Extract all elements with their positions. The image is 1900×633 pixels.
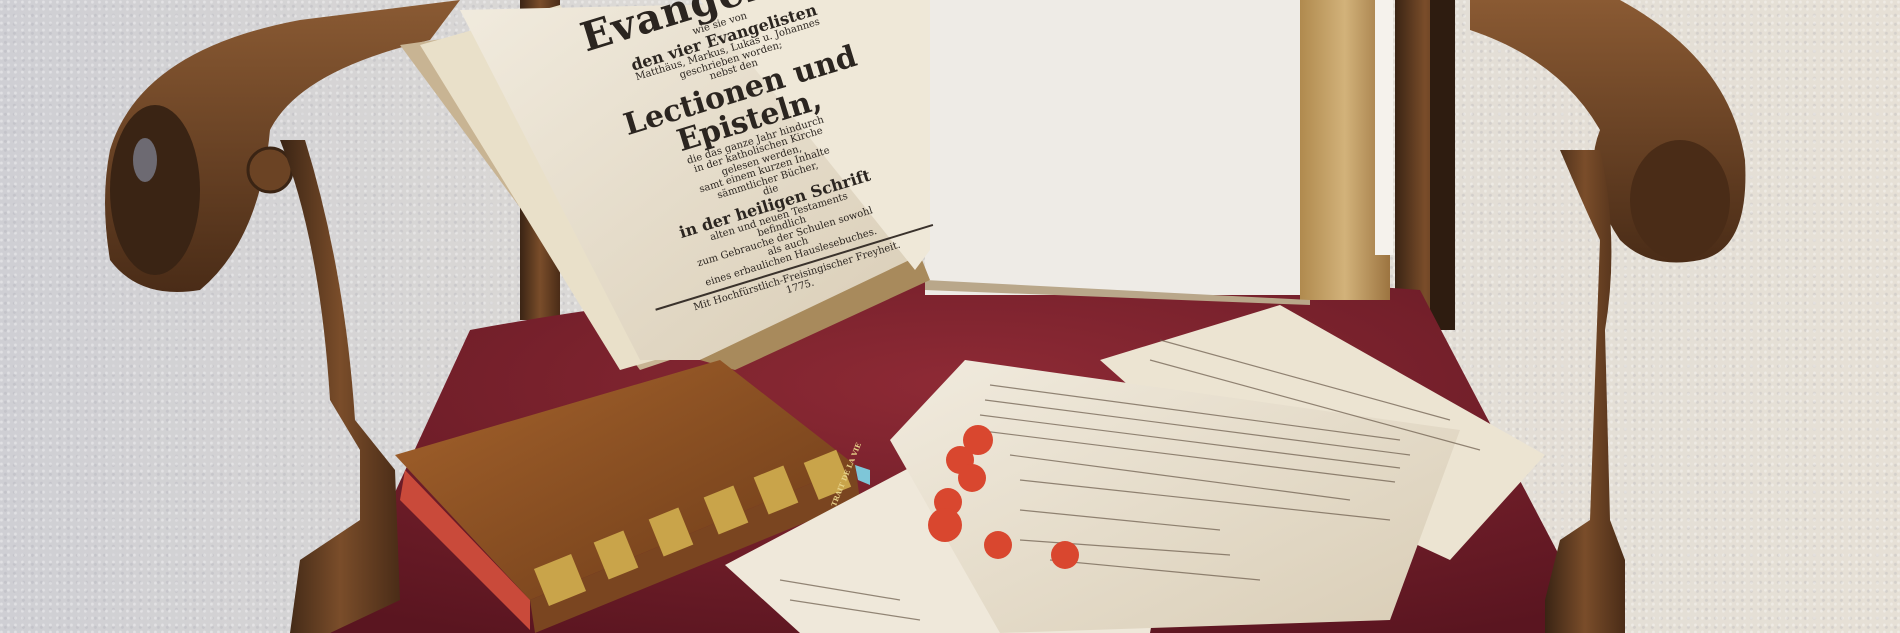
blank-open-book xyxy=(925,0,1393,305)
photo-scene: Die Evangelien, wie sie von den vier Eva… xyxy=(0,0,1900,633)
scene-shapes xyxy=(0,0,1900,633)
